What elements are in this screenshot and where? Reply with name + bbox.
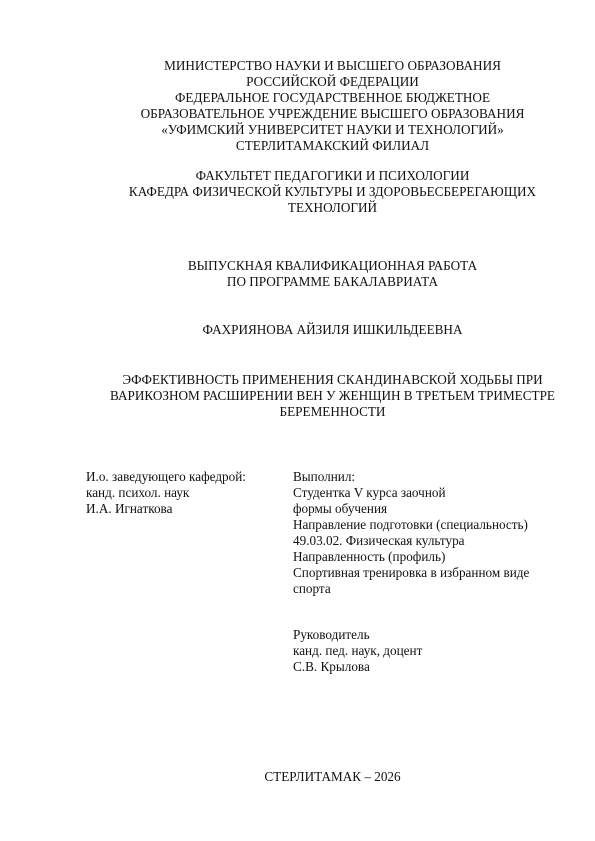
title-line: ВАРИКОЗНОМ РАСШИРЕНИИ ВЕН У ЖЕНЩИН В ТРЕ…: [35, 388, 595, 404]
student-line: 49.03.02. Физическая культура: [293, 533, 529, 549]
footer-line: СТЕРЛИТАМАК – 2026: [35, 769, 595, 785]
student-line: Направленность (профиль): [293, 549, 529, 565]
faculty-line: ФАКУЛЬТЕТ ПЕДАГОГИКИ И ПСИХОЛОГИИ: [35, 168, 595, 184]
work-type-block: ВЫПУСКНАЯ КВАЛИФИКАЦИОННАЯ РАБОТА ПО ПРО…: [35, 258, 595, 290]
student-line: Направление подготовки (специальность): [293, 517, 529, 533]
head-degree: канд. психол. наук: [86, 485, 246, 501]
faculty-block: ФАКУЛЬТЕТ ПЕДАГОГИКИ И ПСИХОЛОГИИ КАФЕДР…: [35, 168, 595, 216]
work-type-line: ПО ПРОГРАММЕ БАКАЛАВРИАТА: [35, 274, 595, 290]
supervisor-degree: канд. пед. наук, доцент: [293, 643, 422, 659]
department-line: ТЕХНОЛОГИЙ: [35, 200, 595, 216]
author-name: ФАХРИЯНОВА АЙЗИЛЯ ИШКИЛЬДЕЕВНА: [35, 322, 595, 338]
author-line: ФАХРИЯНОВА АЙЗИЛЯ ИШКИЛЬДЕЕВНА: [35, 322, 595, 338]
title-line: БЕРЕМЕННОСТИ: [35, 404, 595, 420]
header-line: РОССИЙСКОЙ ФЕДЕРАЦИИ: [35, 74, 595, 90]
header-line: СТЕРЛИТАМАКСКИЙ ФИЛИАЛ: [35, 138, 595, 154]
student-block: Выполнил: Студентка V курса заочной форм…: [293, 469, 529, 597]
ministry-header: МИНИСТЕРСТВО НАУКИ И ВЫСШЕГО ОБРАЗОВАНИЯ…: [35, 58, 595, 154]
student-label: Выполнил:: [293, 469, 529, 485]
student-line: Спортивная тренировка в избранном виде: [293, 565, 529, 581]
header-line: ФЕДЕРАЛЬНОЕ ГОСУДАРСТВЕННОЕ БЮДЖЕТНОЕ: [35, 90, 595, 106]
head-role: И.о. заведующего кафедрой:: [86, 469, 246, 485]
supervisor-label: Руководитель: [293, 627, 422, 643]
thesis-title: ЭФФЕКТИВНОСТЬ ПРИМЕНЕНИЯ СКАНДИНАВСКОЙ Х…: [35, 372, 595, 420]
student-line: спорта: [293, 581, 529, 597]
head-name: И.А. Игнаткова: [86, 501, 246, 517]
header-line: «УФИМСКИЙ УНИВЕРСИТЕТ НАУКИ И ТЕХНОЛОГИЙ…: [35, 122, 595, 138]
head-of-department-block: И.о. заведующего кафедрой: канд. психол.…: [86, 469, 246, 517]
student-line: Студентка V курса заочной: [293, 485, 529, 501]
student-line: формы обучения: [293, 501, 529, 517]
supervisor-name: С.В. Крылова: [293, 659, 422, 675]
title-line: ЭФФЕКТИВНОСТЬ ПРИМЕНЕНИЯ СКАНДИНАВСКОЙ Х…: [35, 372, 595, 388]
work-type-line: ВЫПУСКНАЯ КВАЛИФИКАЦИОННАЯ РАБОТА: [35, 258, 595, 274]
supervisor-block: Руководитель канд. пед. наук, доцент С.В…: [293, 627, 422, 675]
header-line: МИНИСТЕРСТВО НАУКИ И ВЫСШЕГО ОБРАЗОВАНИЯ: [35, 58, 595, 74]
header-line: ОБРАЗОВАТЕЛЬНОЕ УЧРЕЖДЕНИЕ ВЫСШЕГО ОБРАЗ…: [35, 106, 595, 122]
city-year-footer: СТЕРЛИТАМАК – 2026: [35, 769, 595, 785]
department-line: КАФЕДРА ФИЗИЧЕСКОЙ КУЛЬТУРЫ И ЗДОРОВЬЕСБ…: [35, 184, 595, 200]
